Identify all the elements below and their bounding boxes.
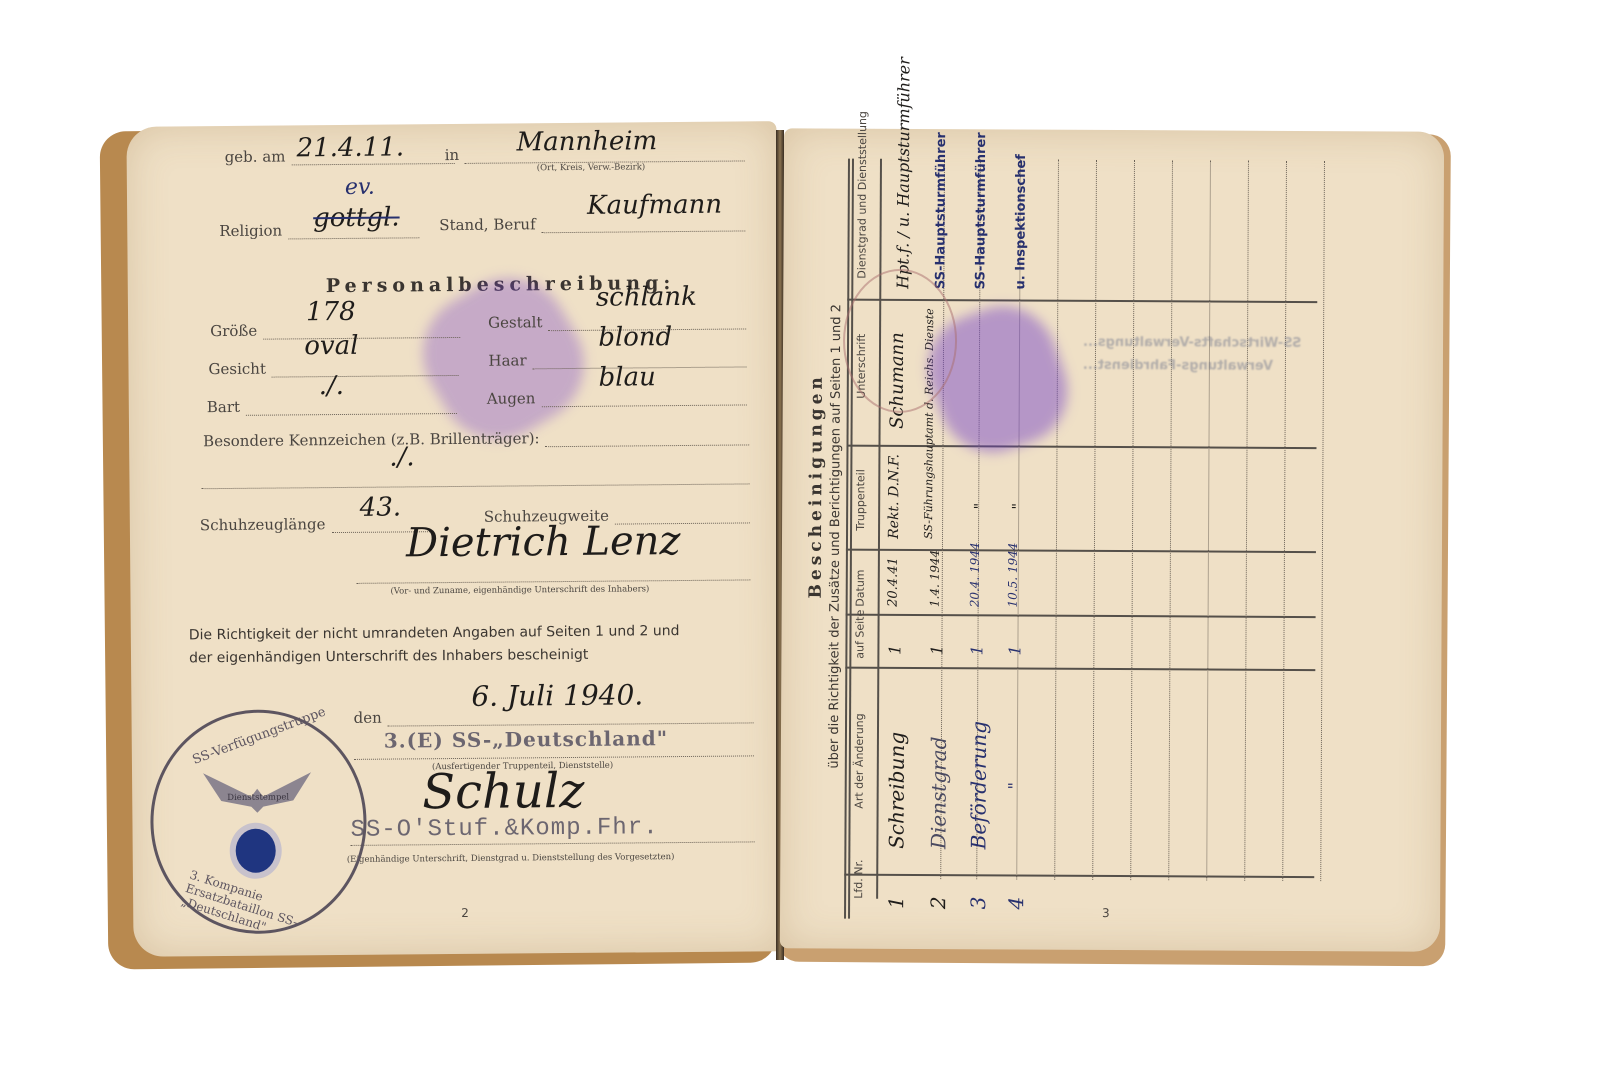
row-2-dienstgrad-stamp: SS-Hauptsturmführer [933,132,949,289]
date-label: den [353,709,381,727]
row-line-6 [1130,160,1135,880]
born-value: 21.4.11. [296,132,404,163]
row-3-art: Beförderung [966,721,991,849]
page-title: Bescheinigungen [806,373,827,598]
holder-signature-line [356,567,750,583]
stamp-center-text: Dienststempel [227,792,289,803]
shoe-length-value: 43. [360,492,402,522]
build-value: schlank [596,282,697,313]
row-4-dienstgrad-stamp: u. Inspektionschef [1013,154,1029,289]
row-line-5 [1092,160,1097,880]
row-line-9 [1244,161,1249,881]
height-label: Größe [210,322,257,340]
height-value: 178 [306,297,356,327]
row-line-7 [1168,160,1173,880]
row-2-datum: 1.4. 1944 [928,550,942,607]
birthplace-hint: (Ort, Kreis, Verw.-Bezirk) [537,162,645,173]
header-divider [876,159,882,899]
row-3-dienstgrad-stamp: SS-Hauptsturmführer [973,132,989,289]
eyes-label: Augen [487,389,536,407]
row-line-8 [1206,161,1211,881]
right-page: Bescheinigungen über die Richtigkeit der… [780,128,1444,951]
certification-line-2: der eigenhändigen Unterschrift des Inhab… [189,643,680,670]
marks-label: Besondere Kennzeichen (z.B. Brillenträge… [203,429,540,450]
officer-hint: (Eigenhändige Unterschrift, Dienstgrad u… [347,852,675,865]
row-3-seite: 1 [967,645,986,655]
birthplace-value: Mannheim [516,126,657,157]
row-line-4 [1054,160,1059,880]
row-3-datum: 20.4. 1944 [968,542,982,607]
religion-label: Religion [219,221,282,240]
row-1-dienstgrad: Hpt.f. / u. Hauptsturmführer [893,57,913,289]
hair-label: Haar [488,351,526,369]
marks-line-2 [201,471,749,489]
col-header-truppenteil: Truppenteil [854,469,867,531]
birthplace-label: in [445,146,460,164]
page-number-right: 3 [1102,906,1110,920]
round-service-stamp: SS-Verfügungstruppe Dienststempel 3. Kom… [149,709,367,935]
eagle-emblem-icon [201,766,313,813]
faint-round-stamp [843,269,958,414]
row-4-datum: 10.5. 1944 [1006,543,1020,608]
certification-text: Die Richtigkeit der nicht umrandeten Ang… [189,620,680,670]
row-4-truppenteil: " [1010,503,1026,510]
page-subtitle: über die Richtigkeit der Zusätze und Ber… [827,304,844,769]
marks-field: Besondere Kennzeichen (z.B. Brillenträge… [203,427,749,450]
religion-correction: ev. [345,175,375,200]
row-1-seite: 1 [885,645,904,655]
face-value: oval [304,331,358,361]
occupation-label: Stand, Beruf [439,215,535,234]
row-4-seite: 1 [1005,645,1024,655]
born-label: geb. am [225,147,286,166]
row-1-datum: 20.4.41 [886,557,901,607]
holder-signature-hint: (Vor- und Zuname, eigenhändige Unterschr… [390,584,649,596]
officer-line [351,829,755,846]
faint-stamp-line-2: Verwaltungs-Fahrdienst... [1083,358,1273,374]
beard-label: Bart [207,398,240,416]
row-1-truppenteil: Rekt. D.N.F. [886,454,902,539]
certification-line-1: Die Richtigkeit der nicht umrandeten Ang… [189,620,680,647]
date-value: 6. Juli 1940. [471,678,643,712]
row-4-art: " [1005,782,1024,789]
col-header-datum: Datum [854,569,867,606]
page-number-left: 2 [461,906,469,920]
face-label: Gesicht [208,360,266,379]
officer-signature: Schulz [422,763,585,820]
hair-value: blond [598,322,672,353]
stamp-bottom-text: 3. Kompanie Ersatzbataillon SS-„Deutschl… [180,868,345,956]
row-3-truppenteil: " [972,503,988,510]
row-2-seite: 1 [927,645,946,655]
eyes-value: blau [598,362,655,392]
build-label: Gestalt [488,313,543,331]
left-page: geb. am 21.4.11. in Mannheim (Ort, Kreis… [126,121,783,957]
marks-value: ./. [389,442,415,472]
row-4-nr: 4 [1004,897,1028,910]
row-2-nr: 2 [926,896,950,909]
blue-ink-seal-icon [236,829,276,873]
occupation-value: Kaufmann [587,190,722,221]
row-line-11 [1320,161,1325,881]
holder-signature: Dietrich Lenz [406,518,681,566]
beard-value: ./. [319,371,345,401]
faint-stamp-line-1: SS-Wirtschafts-Verwaltungs... [1083,335,1301,351]
religion-struck-value: gottgl. [313,202,400,233]
row-line-10 [1282,161,1287,881]
row-1-art: Schreibung [884,732,909,849]
shoe-length-label: Schuhzeuglänge [200,515,326,534]
row-3-nr: 3 [966,897,990,910]
row-2-art: Dienstgrad [926,736,951,849]
col-header-dienstgrad: Dienstgrad und Dienststellung [855,111,869,279]
col-header-art: Art der Änderung [853,713,866,808]
row-1-nr: 1 [884,896,908,909]
stamp-top-text: SS-Verfügungstruppe [191,704,328,767]
col-header-seite: auf Seite [853,610,866,659]
unit-line [354,743,754,759]
